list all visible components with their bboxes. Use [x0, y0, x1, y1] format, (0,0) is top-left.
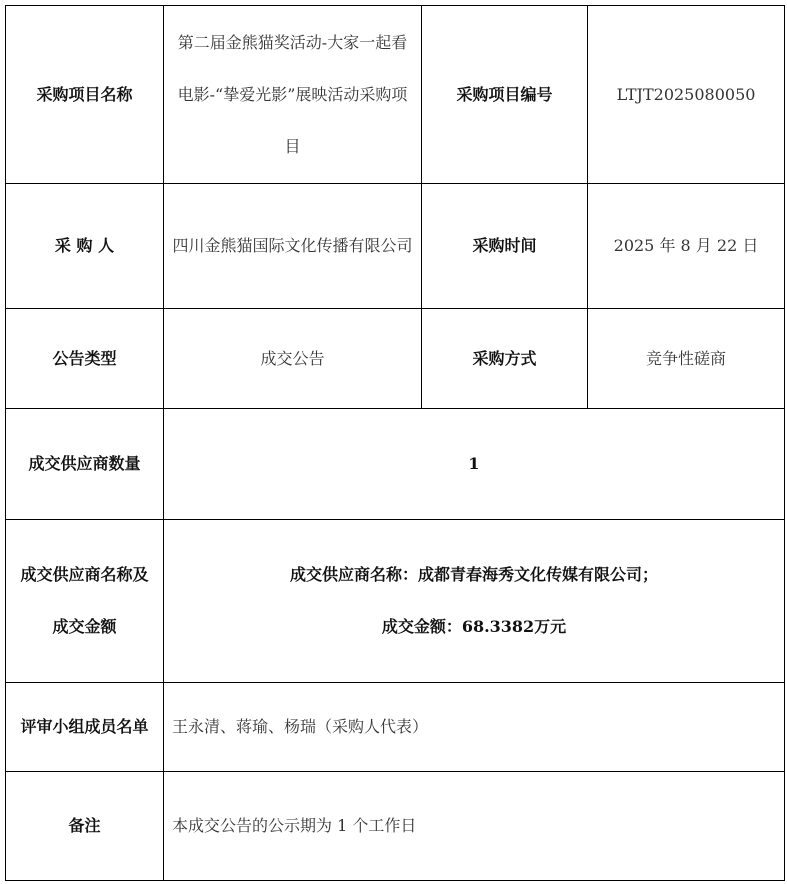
- supplier-name: 成交供应商名称：成都青春海秀文化传媒有限公司；: [172, 549, 776, 601]
- panel-members-value: 王永清、蒋瑜、杨瑞（采购人代表）: [164, 683, 785, 772]
- remark-value: 本成交公告的公示期为 1 个工作日: [164, 772, 785, 881]
- procurement-result-table: 采购项目名称 第二届金熊猫奖活动-大家一起看电影-“挚爱光影”展映活动采购项目 …: [5, 5, 785, 881]
- supplier-info-value: 成交供应商名称：成都青春海秀文化传媒有限公司； 成交金额：68.3382万元: [164, 520, 785, 683]
- supplier-info-label: 成交供应商名称及成交金额: [6, 520, 164, 683]
- purchase-date-label: 采购时间: [422, 184, 588, 309]
- purchaser-label: 采 购 人: [6, 184, 164, 309]
- panel-members-label: 评审小组成员名单: [6, 683, 164, 772]
- purchase-date-value: 2025 年 8 月 22 日: [588, 184, 785, 309]
- project-number-label: 采购项目编号: [422, 6, 588, 184]
- supplier-count-label: 成交供应商数量: [6, 409, 164, 520]
- purchaser-value: 四川金熊猫国际文化传播有限公司: [164, 184, 422, 309]
- row-supplier: 成交供应商名称及成交金额 成交供应商名称：成都青春海秀文化传媒有限公司； 成交金…: [6, 520, 785, 683]
- purchase-method-label: 采购方式: [422, 309, 588, 409]
- row-project: 采购项目名称 第二届金熊猫奖活动-大家一起看电影-“挚爱光影”展映活动采购项目 …: [6, 6, 785, 184]
- notice-type-value: 成交公告: [164, 309, 422, 409]
- project-name-label: 采购项目名称: [6, 6, 164, 184]
- project-number-value: LTJT2025080050: [588, 6, 785, 184]
- supplier-count-value: 1: [164, 409, 785, 520]
- row-panel: 评审小组成员名单 王永清、蒋瑜、杨瑞（采购人代表）: [6, 683, 785, 772]
- row-remark: 备注 本成交公告的公示期为 1 个工作日: [6, 772, 785, 881]
- project-name-value: 第二届金熊猫奖活动-大家一起看电影-“挚爱光影”展映活动采购项目: [164, 6, 422, 184]
- notice-type-label: 公告类型: [6, 309, 164, 409]
- deal-amount: 成交金额：68.3382万元: [172, 601, 776, 653]
- row-type: 公告类型 成交公告 采购方式 竞争性磋商: [6, 309, 785, 409]
- row-count: 成交供应商数量 1: [6, 409, 785, 520]
- purchase-method-value: 竞争性磋商: [588, 309, 785, 409]
- remark-label: 备注: [6, 772, 164, 881]
- row-purchaser: 采 购 人 四川金熊猫国际文化传播有限公司 采购时间 2025 年 8 月 22…: [6, 184, 785, 309]
